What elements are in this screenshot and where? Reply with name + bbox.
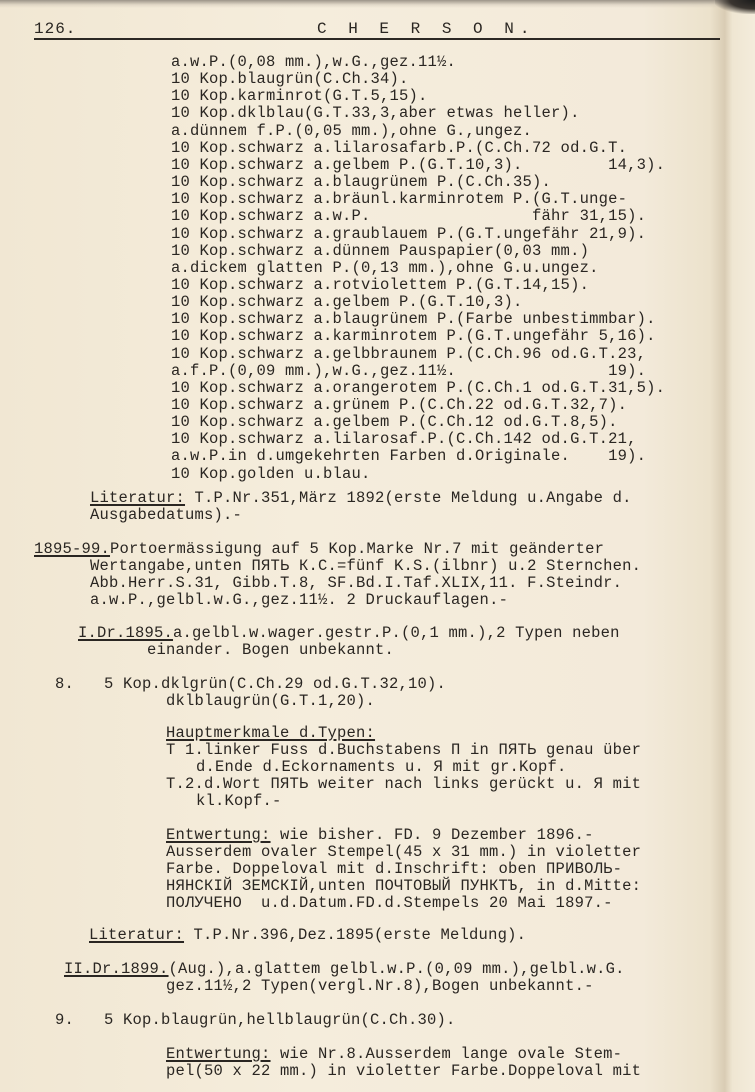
entwertung-label: Entwertung: [166, 826, 271, 844]
variety-line: 10 Kop.schwarz a.gelbem P.(C.Ch.12 od.G.… [171, 414, 618, 431]
entwertung-1-line-1: Entwertung: wie bisher. FD. 9 Dezember 1… [166, 827, 594, 844]
variety-line: 10 Kop.schwarz a.orangerotem P.(C.Ch.1 o… [171, 380, 665, 397]
variety-line: 10 Kop.schwarz a.lilarosaf.P.(C.Ch.142 o… [171, 431, 637, 448]
type-1-line-2: d.Ende d.Eckornaments u. Я mit gr.Kopf. [196, 759, 567, 776]
stamp-9-number: 9. [55, 1012, 74, 1029]
issue-1895-line-3: Abb.Herr.S.31, Gibb.T.8, SF.Bd.I.Taf.XLI… [90, 575, 622, 592]
issue-1895-line-2: Wertangabe,unten ПЯТЬ К.С.=fünf K.S.(ilb… [90, 558, 641, 575]
type-2-line-1: T.2.d.Wort ПЯТЬ weiter nach links gerück… [166, 776, 641, 793]
entwertung-label: Entwertung: [166, 1045, 271, 1063]
variety-line: a.f.P.(0,09 mm.),w.G.,gez.11½. 19). [171, 363, 646, 380]
variety-line: 10 Kop.schwarz a.gelbem P.(G.T.10,3). [171, 294, 523, 311]
entwertung-1-line-4: НЯНСКIЙ ЗЕМСКIЙ,unten ПОЧТОВЫЙ ПУНКТЪ, i… [166, 878, 641, 895]
literatur-1-cont: Ausgabedatums).- [90, 507, 242, 524]
variety-line: a.dickem glatten P.(0,13 mm.),ohne G.u.u… [171, 260, 599, 277]
variety-line: 10 Kop.schwarz a.bräunl.karminrotem P.(G… [171, 191, 627, 208]
entwertung-text: wie Nr.8.Ausserdem lange ovale Stem- [271, 1045, 623, 1063]
literatur-text: T.P.Nr.396,Dez.1895(erste Meldung). [184, 926, 526, 944]
page-top-shadow [0, 0, 755, 8]
variety-line: 10 Kop.schwarz a.karminrotem P.(G.T.unge… [171, 328, 656, 345]
literatur-1: Literatur: T.P.Nr.351,März 1892(erste Me… [90, 490, 632, 507]
druck-1-text: a.gelbl.w.wager.gestr.P.(0,1 mm.),2 Type… [173, 624, 620, 642]
druck-1-line-2: einander. Bogen unbekannt. [147, 642, 394, 659]
variety-line: 10 Kop.dklblau(G.T.33,3,aber etwas helle… [171, 105, 580, 122]
druck-1-label: I.Dr.1895. [78, 624, 173, 642]
variety-line: 10 Kop.schwarz a.dünnem Pauspapier(0,03 … [171, 243, 589, 260]
variety-line: 10 Kop.schwarz a.blaugrünem P.(Farbe unb… [171, 311, 656, 328]
variety-line: 10 Kop.schwarz a.grünem P.(C.Ch.22 od.G.… [171, 397, 627, 414]
literatur-text: T.P.Nr.351,März 1892(erste Meldung u.Ang… [185, 489, 632, 507]
variety-line: 10 Kop.schwarz a.gelbem P.(G.T.10,3). 14… [171, 157, 665, 174]
druck-1-line: I.Dr.1895.a.gelbl.w.wager.gestr.P.(0,1 m… [78, 625, 620, 642]
variety-line: 10 Kop.schwarz a.lilarosafarb.P.(C.Ch.72… [171, 140, 627, 157]
variety-line: 10 Kop.karminrot(G.T.5,15). [171, 88, 428, 105]
issue-text: Portoermässigung auf 5 Kop.Marke Nr.7 mi… [110, 540, 604, 558]
stamp-8-number: 8. [55, 676, 74, 693]
type-1-line-1: T 1.linker Fuss d.Buchstabens П in ПЯТЬ … [166, 742, 641, 759]
stamp-8-line-2: dklblaugrün(G.T.1,20). [166, 693, 375, 710]
issue-year-label: 1895-99. [34, 540, 110, 558]
druck-2-line: II.Dr.1899.(Aug.),a.glattem gelbl.w.P.(0… [64, 961, 625, 978]
variety-line: 10 Kop.golden u.blau. [171, 466, 371, 483]
variety-line: 10 Kop.schwarz a.blaugrünem P.(C.Ch.35). [171, 174, 551, 191]
stamp-9-line-1: 5 Kop.blaugrün,hellblaugrün(C.Ch.30). [104, 1012, 456, 1029]
literatur-label: Literatur: [90, 489, 185, 507]
variety-line: 10 Kop.schwarz a.w.P. fähr 31,15). [171, 208, 646, 225]
page-number: 126. [34, 20, 76, 38]
variety-line: 10 Kop.schwarz a.gelbbraunem P.(C.Ch.96 … [171, 346, 646, 363]
entwertung-2-line-1: Entwertung: wie Nr.8.Ausserdem lange ova… [166, 1046, 622, 1063]
druck-2-label: II.Dr.1899. [64, 960, 169, 978]
variety-line: a.w.P.in d.umgekehrten Farben d.Original… [171, 448, 646, 465]
entwertung-2-line-2: pel(50 x 22 mm.) in violetter Farbe.Dopp… [166, 1063, 641, 1080]
literatur-2: Literatur: T.P.Nr.396,Dez.1895(erste Mel… [89, 927, 526, 944]
entwertung-1-line-3: Farbe. Doppeloval mit d.Inschrift: oben … [166, 861, 622, 878]
variety-line: 10 Kop.schwarz a.graublauem P.(G.T.ungef… [171, 226, 646, 243]
running-title: C H E R S O N. [317, 20, 535, 38]
variety-line: 10 Kop.blaugrün(C.Ch.34). [171, 71, 409, 88]
literatur-label: Literatur: [89, 926, 184, 944]
variety-line: 10 Kop.schwarz a.rotviolettem P.(G.T.14,… [171, 277, 589, 294]
issue-1895-line-4: a.w.P.,gelbl.w.G.,gez.11½. 2 Druckauflag… [90, 592, 508, 609]
document-page: 126. C H E R S O N. a.w.P.(0,08 mm.),w.G… [0, 0, 755, 1092]
page-header: 126. C H E R S O N. [34, 18, 720, 40]
druck-2-text: (Aug.),a.glattem gelbl.w.P.(0,09 mm.),ge… [169, 960, 625, 978]
page-corner-shadow [715, 0, 755, 14]
types-heading: Hauptmerkmale d.Typen: [166, 725, 375, 742]
entwertung-text: wie bisher. FD. 9 Dezember 1896.- [271, 826, 594, 844]
variety-line: a.dünnem f.P.(0,05 mm.),ohne G.,ungez. [171, 123, 532, 140]
issue-1895-line: 1895-99.Portoermässigung auf 5 Kop.Marke… [34, 541, 604, 558]
type-2-line-2: kl.Kopf.- [196, 793, 282, 810]
entwertung-1-line-2: Ausserdem ovaler Stempel(45 x 31 mm.) in… [166, 844, 641, 861]
variety-line: a.w.P.(0,08 mm.),w.G.,gez.11½. [171, 54, 456, 71]
stamp-8-line-1: 5 Kop.dklgrün(C.Ch.29 od.G.T.32,10). [104, 676, 446, 693]
druck-2-line-2: gez.11½,2 Typen(vergl.Nr.8),Bogen unbeka… [166, 978, 594, 995]
entwertung-1-line-5: ПОЛУЧЕНО u.d.Datum.FD.d.Stempels 20 Mai … [166, 895, 613, 912]
